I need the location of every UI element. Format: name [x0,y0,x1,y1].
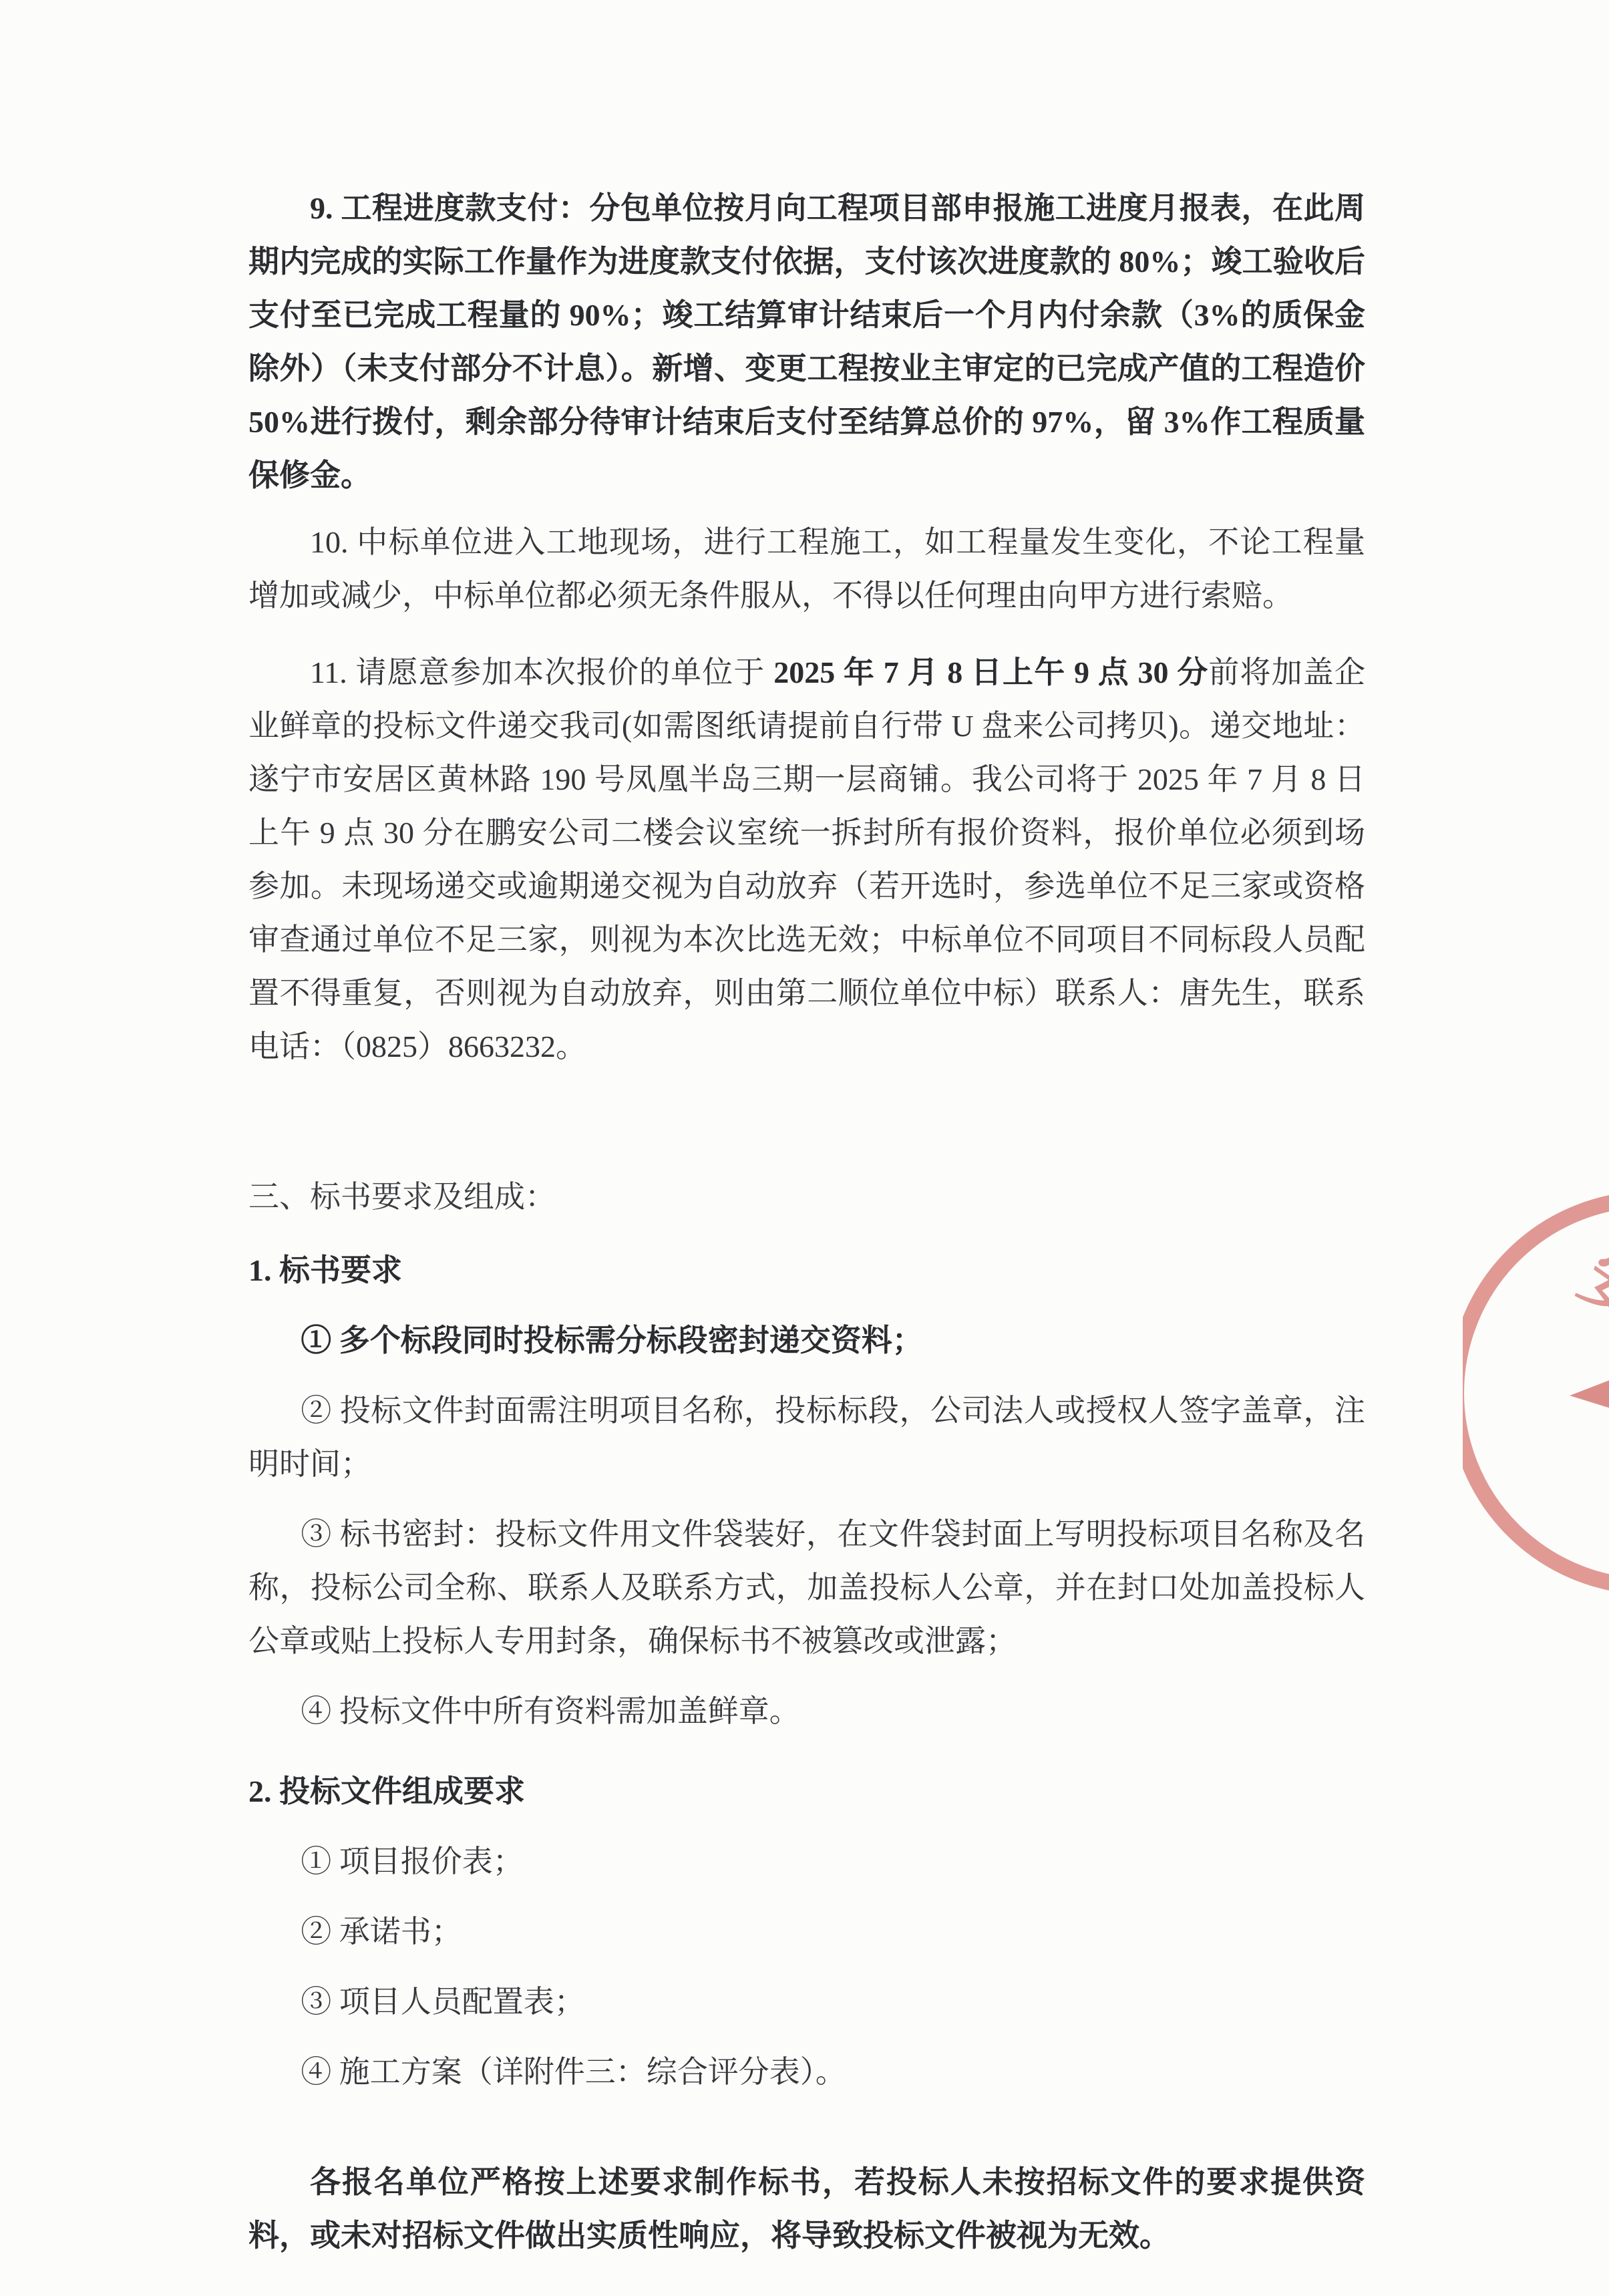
bid-component-item-1: ① 项目报价表； [248,1835,1365,1889]
bid-component-item-2: ② 承诺书； [248,1905,1365,1959]
seal-star-icon [1551,1291,1609,1480]
document-page: 9. 工程进度款支付：分包单位按月向工程项目部申报施工进度月报表，在此周期内完成… [0,0,1609,2296]
paragraph-submission-instructions: 11. 请愿意参加本次报价的单位于 2025 年 7 月 8 日上午 9 点 3… [248,646,1365,1074]
paragraph-progress-payment: 9. 工程进度款支付：分包单位按月向工程项目部申报施工进度月报表，在此周期内完成… [248,0,1365,502]
document-body: 9. 工程进度款支付：分包单位按月向工程项目部申报施工进度月报表，在此周期内完成… [248,0,1365,2263]
paragraph-site-conditions: 10. 中标单位进入工地现场，进行工程施工，如工程量发生变化，不论工程量增加或减… [248,516,1365,623]
paragraph-11-rest: 前将加盖企业鲜章的投标文件递交我司(如需图纸请提前自行带 U 盘来公司拷贝)。递… [248,655,1365,1063]
bid-component-item-4: ④ 施工方案（详附件三：综合评分表）。 [248,2045,1365,2099]
bid-deadline-datetime: 2025 年 7 月 8 日上午 9 点 30 分 [773,655,1208,689]
paragraph-11-prefix: 11. 请愿意参加本次报价的单位于 [310,655,773,689]
bid-component-item-3: ③ 项目人员配置表； [248,1975,1365,2029]
seal-ring-icon [1463,1199,1609,1587]
bid-requirement-item-1: ① 多个标段同时投标需分标段密封递交资料； [248,1314,1365,1367]
section-heading-bid-requirements: 三、标书要求及组成： [248,1170,1365,1224]
closing-warning-paragraph: 各报名单位严格按上述要求制作标书，若投标人未按招标文件的要求提供资料，或未对招标… [248,2156,1365,2263]
bid-requirement-item-4: ④ 投标文件中所有资料需加盖鲜章。 [248,1685,1365,1738]
bid-requirement-item-2: ② 投标文件封面需注明项目名称，投标标段，公司法人或授权人签字盖章，注明时间； [248,1384,1365,1491]
bid-requirement-item-3: ③ 标书密封：投标文件用文件袋装好，在文件袋封面上写明投标项目名称及名称，投标公… [248,1508,1365,1668]
company-seal-stamp: 安 [1463,1162,1609,1670]
subsection-heading-bid-book-requirements: 1. 标书要求 [248,1244,1365,1297]
seal-character: 安 [1568,1241,1609,1339]
subsection-heading-bid-document-components: 2. 投标文件组成要求 [248,1765,1365,1818]
